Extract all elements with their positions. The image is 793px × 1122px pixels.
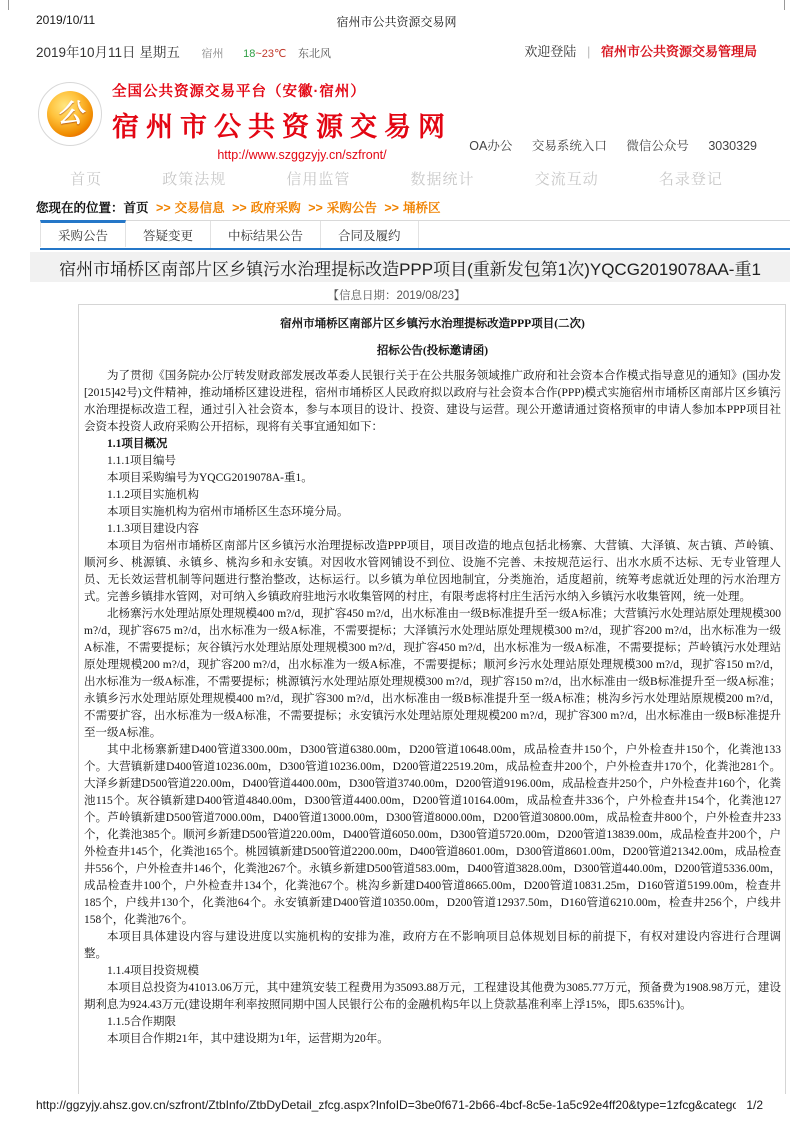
site-topbar: 2019年10月11日 星期五 宿州 18~23℃ 东北风 欢迎登陆 | 宿州市… [36,41,757,61]
breadcrumb-label: 您现在的位置： [36,201,124,215]
info-date: 【信息日期：2019/08/23】 [0,287,793,303]
site-brand-header: 公 全国公共资源交易平台（安徽·宿州） 宿州市公共资源交易网 http://ww… [36,78,757,160]
main-nav: 首页 政策法规 信用监管 数据统计 交流互动 名录登记 [40,166,753,190]
chinese-date: 2019年10月11日 星期五 [36,45,180,60]
trade-system-entry-link[interactable]: 交易系统入口 [532,139,607,153]
tab-award-results[interactable]: 中标结果公告 [211,221,321,248]
document-paragraph: 1.1.3项目建设内容 [84,521,781,538]
logo-glyph: 公 [57,101,83,127]
quick-links: OA办公 交易系统入口 微信公众号 3030329 [453,136,757,154]
document-paragraph: 北杨寨污水处理站原处理规模400 m?/d，现扩容450 m?/d，出水标准由一… [84,606,781,742]
tab-qa-changes[interactable]: 答疑变更 [126,221,211,248]
site-name: 宿州市公共资源交易网 [112,105,492,144]
document-paragraph: 为了贯彻《国务院办公厅转发财政部发展改革委人民银行关于在公共服务领域推广政府和社… [84,368,781,436]
breadcrumb-arrow: >> [232,201,247,215]
topbar-login: 欢迎登陆 | 宿州市公共资源交易管理局 [524,41,757,60]
footer-url: http://ggzyjy.ahsz.gov.cn/szfront/ZtbInf… [36,1098,736,1112]
document-content: 宿州市埇桥区南部片区乡镇污水治理提标改造PPP项目(二次) 招标公告(投标邀请函… [78,304,786,1094]
document-paragraph: 1.1项目概况 [84,436,781,453]
divider: | [587,44,590,59]
breadcrumb-yongqiao-link[interactable]: 埇桥区 [403,201,441,215]
breadcrumb-arrow: >> [308,201,323,215]
org-login-link[interactable]: 宿州市公共资源交易管理局 [601,44,757,59]
logo-seal-icon: 公 [47,91,93,137]
nav-item-credit[interactable]: 信用监管 [286,168,350,189]
article-title: 宿州市埇桥区南部片区乡镇污水治理提标改造PPP项目(重新发包第1次)YQCG20… [59,255,761,280]
print-footer: http://ggzyjy.ahsz.gov.cn/szfront/ZtbInf… [36,1098,763,1114]
wind-label: 东北风 [298,48,331,60]
nav-item-policies[interactable]: 政策法规 [162,168,226,189]
print-page-title: 宿州市公共资源交易网 [36,13,757,30]
document-paragraph: 1.1.1项目编号 [84,453,781,470]
document-paragraph: 本项目采购编号为YQCG2019078A-重1。 [84,470,781,487]
platform-name: 全国公共资源交易平台（安徽·宿州） [112,80,492,101]
nav-item-registry[interactable]: 名录登记 [659,168,723,189]
oa-office-link[interactable]: OA办公 [469,139,512,153]
nav-item-home[interactable]: 首页 [70,168,102,189]
nav-item-interaction[interactable]: 交流互动 [535,168,599,189]
temperature-high: ~23℃ [255,48,286,60]
print-header: 2019/10/11 宿州市公共资源交易网 [36,13,757,29]
print-page: 2019/10/11 宿州市公共资源交易网 2019年10月11日 星期五 宿州… [0,0,793,1122]
temperature-low: 18 [243,48,255,60]
tab-contract-performance[interactable]: 合同及履约 [321,221,419,248]
document-subtitle: 招标公告(投标邀请函) [84,343,781,360]
document-paragraph: 本项目实施机构为宿州市埇桥区生态环境分局。 [84,504,781,521]
footer-page-number: 1/2 [746,1098,763,1112]
document-title: 宿州市埇桥区南部片区乡镇污水治理提标改造PPP项目(二次) [84,316,781,333]
article-title-bar: 宿州市埇桥区南部片区乡镇污水治理提标改造PPP项目(重新发包第1次)YQCG20… [30,252,790,282]
document-paragraph: 本项目合作期21年，其中建设期为1年，运营期为20年。 [84,1031,781,1048]
breadcrumb-home-link[interactable]: 首页 [124,201,149,215]
document-paragraph: 其中北杨寨新建D400管道3300.00m，D300管道6380.00m，D20… [84,742,781,929]
breadcrumb-trade-info-link[interactable]: 交易信息 [175,201,225,215]
nav-item-statistics[interactable]: 数据统计 [411,168,475,189]
wechat-account-label[interactable]: 微信公众号 [626,139,689,153]
crop-mark-right [784,0,785,10]
wechat-account-number: 3030329 [708,139,757,153]
crop-mark-left [8,0,9,10]
document-paragraph: 1.1.4项目投资规模 [84,963,781,980]
breadcrumb-arrow: >> [156,201,171,215]
breadcrumb-gov-procurement-link[interactable]: 政府采购 [251,201,301,215]
document-paragraph: 1.1.5合作期限 [84,1014,781,1031]
document-paragraph: 本项目为宿州市埇桥区南部片区乡镇污水治理提标改造PPP项目，项目改造的地点包括北… [84,538,781,606]
brand-text: 全国公共资源交易平台（安徽·宿州） 宿州市公共资源交易网 http://www.… [112,80,492,162]
document-body: 为了贯彻《国务院办公厅转发财政部发展改革委人民银行关于在公共服务领域推广政府和社… [84,368,781,1048]
welcome-label: 欢迎登陆 [524,44,576,59]
city-label: 宿州 [201,48,223,60]
site-logo[interactable]: 公 [38,82,102,146]
breadcrumb-arrow: >> [384,201,399,215]
breadcrumb-procurement-notice-link[interactable]: 采购公告 [327,201,377,215]
breadcrumb: 您现在的位置：首页 >>交易信息 >>政府采购 >>采购公告 >>埇桥区 [36,198,757,216]
document-paragraph: 本项目具体建设内容与建设进度以实施机构的安排为准，政府方在不影响项目总体规划目标… [84,929,781,963]
document-paragraph: 本项目总投资为41013.06万元，其中建筑安装工程费用为35093.88万元，… [84,980,781,1014]
topbar-weather: 2019年10月11日 星期五 宿州 18~23℃ 东北风 [36,41,331,61]
site-url[interactable]: http://www.szggzyjy.cn/szfront/ [112,148,492,162]
tab-strip: 采购公告 答疑变更 中标结果公告 合同及履约 [40,220,790,250]
tab-procurement-notice[interactable]: 采购公告 [40,220,126,247]
document-paragraph: 1.1.2项目实施机构 [84,487,781,504]
